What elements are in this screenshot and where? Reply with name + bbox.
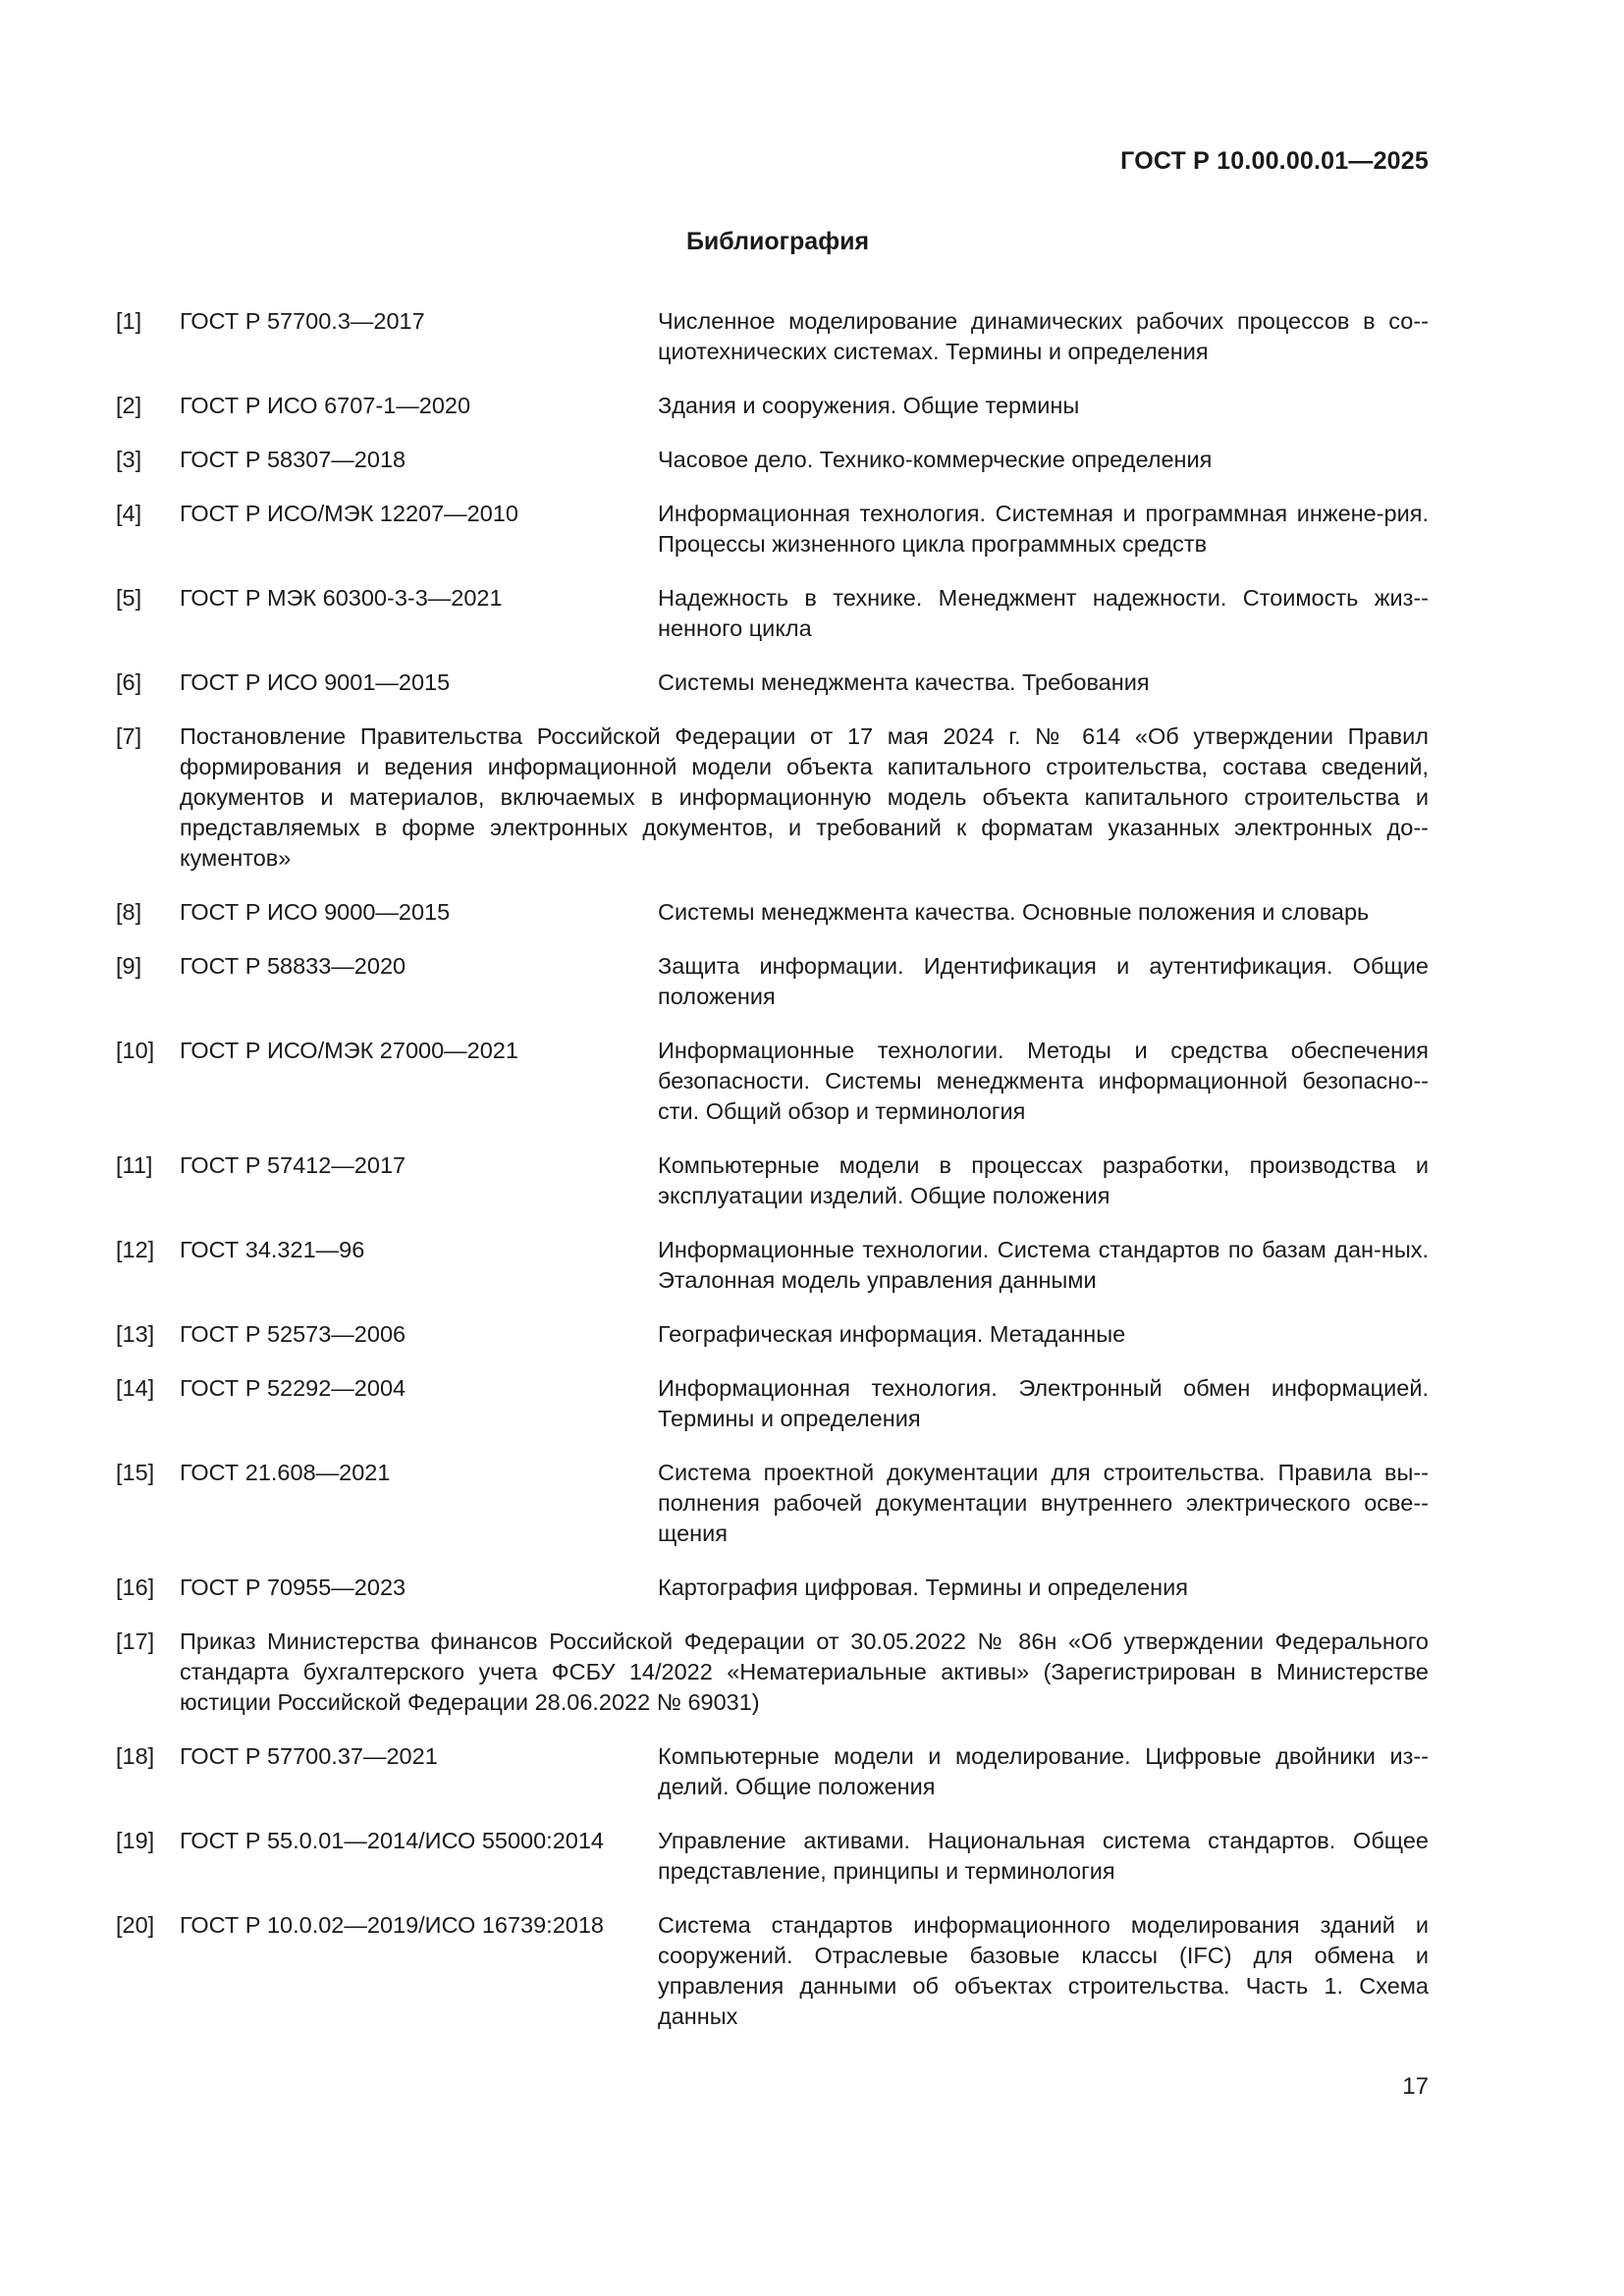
entry-number: [10] [116,1036,175,1066]
entry-standard-reference: ГОСТ Р 57700.37—2021 [180,1741,651,1772]
entry-number: [12] [116,1235,175,1265]
entry-number: [16] [116,1573,175,1603]
bibliography-entry: [8]ГОСТ Р ИСО 9000—2015Системы менеджмен… [116,897,1429,928]
entry-standard-reference: ГОСТ Р 55.0.01—2014/ИСО 55000:2014 [180,1826,651,1856]
bibliography-entry: [10]ГОСТ Р ИСО/МЭК 27000—2021Информацион… [116,1036,1429,1127]
section-title: Библиография [0,228,1555,256]
entry-standard-reference: ГОСТ Р ИСО 6707-1—2020 [180,391,651,421]
entry-description: Часовое дело. Технико-коммерческие опред… [658,445,1429,475]
bibliography-entry: [18]ГОСТ Р 57700.37—2021Компьютерные мод… [116,1741,1429,1802]
entry-standard-reference: ГОСТ Р 57412—2017 [180,1150,651,1181]
entry-standard-reference: ГОСТ 21.608—2021 [180,1458,651,1488]
entry-number: [11] [116,1150,175,1181]
entry-description: Информационные технологии. Система станд… [658,1235,1429,1296]
entry-description: Компьютерные модели в процессах разработ… [658,1150,1429,1211]
bibliography-entry: [17]Приказ Министерства финансов Российс… [116,1627,1429,1718]
entry-number: [2] [116,391,175,421]
bibliography-entry: [14]ГОСТ Р 52292—2004Информационная техн… [116,1373,1429,1434]
entry-standard-reference: ГОСТ Р 57700.3—2017 [180,306,651,337]
entry-standard-reference: ГОСТ Р ИСО/МЭК 27000—2021 [180,1036,651,1066]
entry-number: [20] [116,1910,175,1941]
entry-standard-reference: ГОСТ Р ИСО 9000—2015 [180,897,651,928]
entry-standard-reference: ГОСТ Р МЭК 60300-3-3—2021 [180,583,651,614]
entry-standard-reference: ГОСТ Р 70955—2023 [180,1573,651,1603]
entry-description: Система проектной документации для строи… [658,1458,1429,1549]
entry-number: [7] [116,721,175,752]
entry-full-citation: Постановление Правительства Российской Ф… [180,721,1429,874]
page-number: 17 [1402,2073,1429,2101]
entry-number: [19] [116,1826,175,1856]
entry-description: Географическая информация. Метаданные [658,1319,1429,1350]
bibliography-entry: [20]ГОСТ Р 10.0.02—2019/ИСО 16739:2018Си… [116,1910,1429,2032]
entry-description: Здания и сооружения. Общие термины [658,391,1429,421]
entry-number: [4] [116,499,175,529]
entry-standard-reference: ГОСТ Р ИСО 9001—2015 [180,667,651,698]
bibliography-entry: [7]Постановление Правительства Российско… [116,721,1429,874]
bibliography-entry: [15]ГОСТ 21.608—2021Система проектной до… [116,1458,1429,1549]
entry-number: [8] [116,897,175,928]
entry-description: Системы менеджмента качества. Основные п… [658,897,1429,928]
entry-standard-reference: ГОСТ 34.321—96 [180,1235,651,1265]
bibliography-entry: [4]ГОСТ Р ИСО/МЭК 12207—2010Информационн… [116,499,1429,560]
bibliography-entry: [3]ГОСТ Р 58307—2018Часовое дело. Техник… [116,445,1429,475]
entry-standard-reference: ГОСТ Р 10.0.02—2019/ИСО 16739:2018 [180,1910,651,1941]
bibliography-entry: [1]ГОСТ Р 57700.3—2017Численное моделиро… [116,306,1429,367]
entry-description: Численное моделирование динамических раб… [658,306,1429,367]
entry-number: [17] [116,1627,175,1657]
entry-standard-reference: ГОСТ Р ИСО/МЭК 12207—2010 [180,499,651,529]
entry-number: [6] [116,667,175,698]
entry-description: Системы менеджмента качества. Требования [658,667,1429,698]
entry-description: Система стандартов информационного модел… [658,1910,1429,2032]
entry-description: Надежность в технике. Менеджмент надежно… [658,583,1429,644]
document-code: ГОСТ Р 10.00.00.01—2025 [1120,147,1429,176]
entry-description: Защита информации. Идентификация и аутен… [658,951,1429,1012]
entry-number: [1] [116,306,175,337]
entry-description: Картография цифровая. Термины и определе… [658,1573,1429,1603]
bibliography-list: [1]ГОСТ Р 57700.3—2017Численное моделиро… [116,306,1429,2056]
entry-standard-reference: ГОСТ Р 58833—2020 [180,951,651,982]
entry-description: Информационная технология. Системная и п… [658,499,1429,560]
entry-number: [14] [116,1373,175,1404]
bibliography-entry: [9]ГОСТ Р 58833—2020Защита информации. И… [116,951,1429,1012]
entry-standard-reference: ГОСТ Р 52292—2004 [180,1373,651,1404]
entry-standard-reference: ГОСТ Р 52573—2006 [180,1319,651,1350]
bibliography-entry: [16]ГОСТ Р 70955—2023Картография цифрова… [116,1573,1429,1603]
bibliography-entry: [12]ГОСТ 34.321—96Информационные техноло… [116,1235,1429,1296]
entry-number: [15] [116,1458,175,1488]
bibliography-entry: [13]ГОСТ Р 52573—2006Географическая инфо… [116,1319,1429,1350]
entry-number: [5] [116,583,175,614]
entry-description: Информационная технология. Электронный о… [658,1373,1429,1434]
entry-standard-reference: ГОСТ Р 58307—2018 [180,445,651,475]
entry-number: [3] [116,445,175,475]
bibliography-entry: [11]ГОСТ Р 57412—2017Компьютерные модели… [116,1150,1429,1211]
entry-description: Компьютерные модели и моделирование. Циф… [658,1741,1429,1802]
entry-number: [9] [116,951,175,982]
entry-description: Информационные технологии. Методы и сред… [658,1036,1429,1127]
bibliography-entry: [19]ГОСТ Р 55.0.01—2014/ИСО 55000:2014Уп… [116,1826,1429,1887]
bibliography-entry: [2]ГОСТ Р ИСО 6707-1—2020Здания и сооруж… [116,391,1429,421]
entry-description: Управление активами. Национальная систем… [658,1826,1429,1887]
entry-number: [13] [116,1319,175,1350]
entry-number: [18] [116,1741,175,1772]
bibliography-entry: [6]ГОСТ Р ИСО 9001—2015Системы менеджмен… [116,667,1429,698]
bibliography-entry: [5]ГОСТ Р МЭК 60300-3-3—2021Надежность в… [116,583,1429,644]
entry-full-citation: Приказ Министерства финансов Российской … [180,1627,1429,1718]
